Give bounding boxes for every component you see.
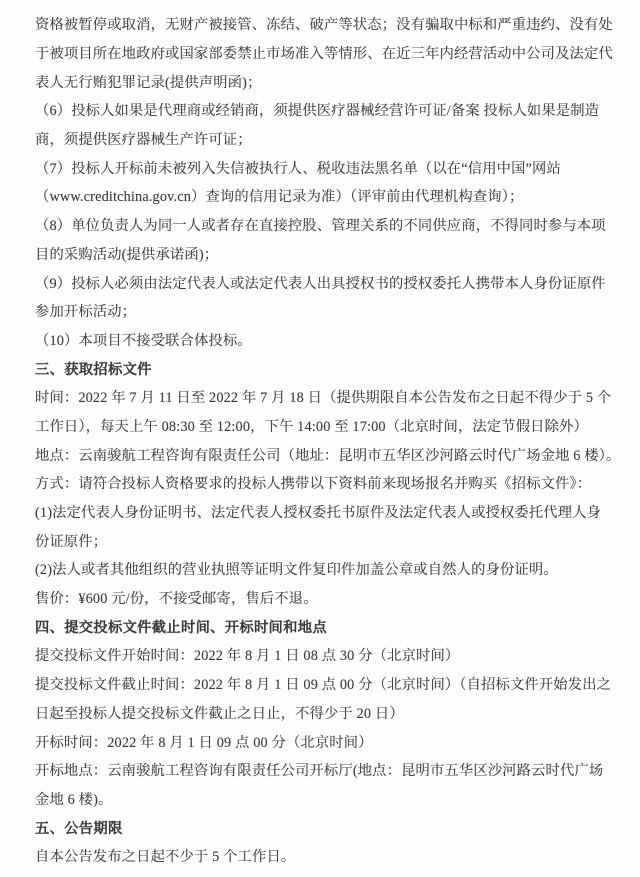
section-heading: 五、公告期限 [35, 813, 610, 842]
text-line: 自本公告发布之日起不少于 5 个工作日。 [35, 842, 610, 871]
text-line: 时间：2022 年 7 月 11 日至 2022 年 7 月 18 日（提供期限… [35, 383, 610, 412]
text-line: 地点：云南骏航工程咨询有限责任公司（地址：昆明市五华区沙河路云时代广场金地 6 … [35, 440, 610, 469]
text-line: 售价：¥600 元/份，不接受邮寄，售后不退。 [35, 584, 610, 613]
text-line: （www.creditchina.gov.cn）查询的信用记录为准）（评审前由代… [35, 182, 610, 211]
text-line: 金地 6 楼)。 [35, 785, 610, 814]
text-line: 开标时间：2022 年 8 月 1 日 09 点 00 分（北京时间） [35, 727, 610, 756]
text-line: (1)法定代表人身份证明书、法定代表人授权委托书原件及法定代表人或授权委托代理人… [35, 498, 610, 527]
text-line: (2)法人或者其他组织的营业执照等证明文件复印件加盖公章或自然人的身份证明。 [35, 555, 610, 584]
text-line: 提交投标文件开始时间：2022 年 8 月 1 日 08 点 30 分（北京时间… [35, 641, 610, 670]
text-line: 于被项目所在地政府或国家部委禁止市场准入等情形、在近三年内经营活动中公司及法定代 [35, 39, 610, 68]
text-line: 商，须提供医疗器械生产许可证； [35, 125, 610, 154]
text-line: 资格被暂停或取消，无财产被接管、冻结、破产等状态；没有骗取中标和严重违约、没有处 [35, 10, 610, 39]
text-line: 提交投标文件截止时间：2022 年 8 月 1 日 09 点 00 分（北京时间… [35, 670, 610, 699]
text-line: 开标地点：云南骏航工程咨询有限责任公司开标厅(地点：昆明市五华区沙河路云时代广场 [35, 756, 610, 785]
text-line: （6）投标人如果是代理商或经销商，须提供医疗器械经营许可证/备案 投标人如果是制… [35, 96, 610, 125]
text-line: 份证原件； [35, 526, 610, 555]
text-line: （8）单位负责人为同一人或者存在直接控股、管理关系的不同供应商，不得同时参与本项 [35, 211, 610, 240]
section-heading: 四、提交投标文件截止时间、开标时间和地点 [35, 612, 610, 641]
text-line: （9）投标人必须由法定代表人或法定代表人出具授权书的授权委托人携带本人身份证原件 [35, 268, 610, 297]
text-line: 工作日），每天上午 08:30 至 12:00，下午 14:00 至 17:00… [35, 412, 610, 441]
text-line: （10）本项目不接受联合体投标。 [35, 326, 610, 355]
document-page: 资格被暂停或取消，无财产被接管、冻结、破产等状态；没有骗取中标和严重违约、没有处… [0, 0, 640, 877]
text-line: 目的采购活动(提供承诺函)； [35, 240, 610, 269]
text-line: 表人无行贿犯罪记录(提供声明函)； [35, 67, 610, 96]
text-line: （7）投标人开标前未被列入失信被执行人、税收违法黑名单（以在“信用中国”网站 [35, 153, 610, 182]
section-heading: 三、获取招标文件 [35, 354, 610, 383]
text-line: 参加开标活动； [35, 297, 610, 326]
text-line: 方式：请符合投标人资格要求的投标人携带以下资料前来现场报名并购买《招标文件》： [35, 469, 610, 498]
document-body: 资格被暂停或取消，无财产被接管、冻结、破产等状态；没有骗取中标和严重违约、没有处… [35, 10, 610, 871]
text-line: 日起至投标人提交投标文件截止之日止，不得少于 20 日） [35, 699, 610, 728]
